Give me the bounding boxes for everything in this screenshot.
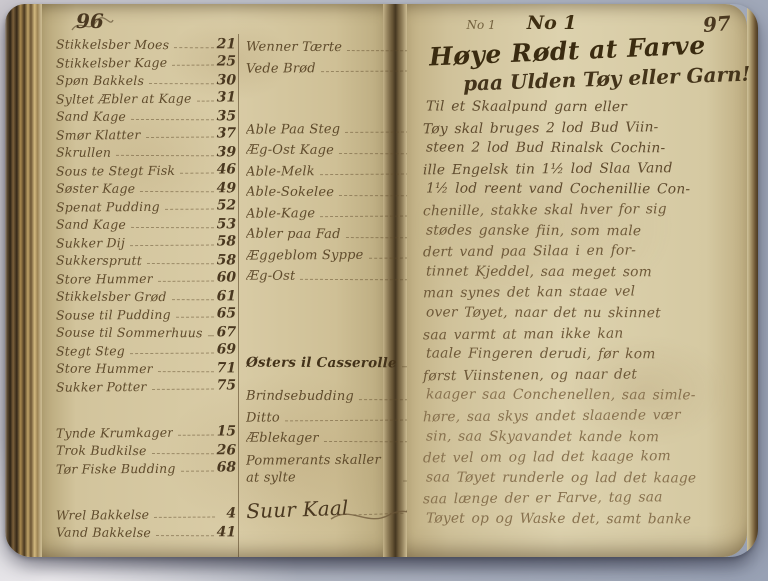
recipe-name: Store Hummer (56, 271, 153, 287)
leader-line (208, 335, 214, 336)
leader-line (116, 155, 213, 156)
manuscript-line: saa varmt at man ikke kan (422, 322, 729, 345)
leader-line (251, 112, 409, 113)
index-row: Able-Melk 3 (246, 157, 430, 179)
index-row (56, 476, 236, 505)
leader-line (146, 137, 214, 138)
manuscript-line: ille Engelsk tin 1½ lod Slaa Vand (422, 157, 729, 180)
recipe-name: Souse til Pudding (56, 307, 171, 323)
index-row: Wenner Tærte 54 (246, 34, 430, 56)
index-row: Tynde Krumkager 15 (56, 421, 236, 440)
recipe-name: Stegt Steg (56, 343, 125, 358)
recipe-name: Stikkelsber Grød (56, 289, 167, 304)
recipe-name: Søster Kage (56, 181, 135, 196)
recipe-name: Brindsebudding (246, 389, 354, 404)
recipe-page-number: 49 (217, 180, 237, 196)
recipe-page-number: 61 (217, 288, 237, 304)
recipe-name: Sukkersprutt (56, 253, 142, 268)
index-row (246, 76, 430, 117)
index-row: Ditto 79 (246, 403, 430, 425)
index-row: Æblekager 79 (246, 425, 430, 447)
recipe-page-number: 37 (217, 125, 237, 141)
recipe-name: Æblekager (246, 431, 319, 446)
index-row: Wrel Bakkelse 4 (56, 503, 236, 522)
recipe-name: Æg-Ost (246, 269, 296, 284)
recipe-page-number: 30 (217, 72, 237, 88)
leader-line (131, 227, 214, 228)
recipe-name: Vand Bakkelse (56, 525, 151, 540)
index-row: Sand Kage 53 (56, 214, 236, 233)
leader-line (149, 83, 214, 84)
index-row: Æg-Ost Kage 2 (246, 137, 430, 159)
manuscript-line: det vel om og lad det kaage kom (422, 446, 729, 469)
leader-line (321, 71, 408, 73)
manuscript-line: først Viinstenen, og naar det (422, 363, 729, 386)
manuscript-line: steen 2 lod Bud Rinalsk Cochin- (425, 138, 729, 160)
leader-line (324, 441, 408, 442)
recipe-page-number: 21 (217, 36, 237, 52)
leader-line (181, 471, 214, 472)
leader-line (152, 389, 214, 390)
recipe-page-number: 58 (217, 233, 237, 249)
leader-line (176, 317, 214, 318)
recipe-page-number: 35 (217, 108, 237, 124)
recipe-page-number: 31 (217, 89, 237, 105)
leader-line (165, 209, 214, 210)
recipe-name: Pommerants skaller at sylte (246, 452, 399, 487)
index-row (56, 394, 236, 423)
recipe-page-number: 58 (217, 252, 237, 268)
stacked-page-edges-right (747, 4, 758, 557)
index-row: Tør Fiske Budding 68 (56, 457, 236, 476)
leader-line (369, 258, 408, 259)
recipe-name: Spøn Bakkels (56, 73, 144, 88)
recipe-name: Vede Brød (246, 61, 316, 76)
index-row: Sous te Stegt Fisk 46 (56, 159, 236, 178)
leader-line (172, 299, 214, 300)
photo-backdrop: 96 Stikkelsber Moes 21 Stikkelsber (0, 0, 768, 581)
manuscript-line: kaager saa Conchenellen, saa simle- (425, 385, 729, 407)
leader-line (130, 245, 214, 247)
recipe-body: Til et Skaalpund garn eller Tøy skal bru… (423, 97, 730, 529)
leader-line (197, 101, 214, 102)
manuscript-line: chenille, stakke skal hver for sig (422, 199, 729, 222)
index-columns: Stikkelsber Moes 21 Stikkelsber Kage 25 (42, 4, 383, 557)
recipe-name: Sukker Dij (56, 235, 125, 250)
recipe-name: Stikkelsber Kage (56, 55, 167, 71)
recipe-name: Souse til Sommerhuus (56, 325, 203, 341)
recipe-name: Æggeblom Syppe (246, 248, 364, 264)
recipe-page-number: 68 (217, 459, 237, 475)
index-row: Vede Brød 62 (246, 54, 430, 76)
recipe-name: Able-Kage (246, 206, 315, 221)
index-column-left: Stikkelsber Moes 21 Stikkelsber Kage 25 (42, 34, 238, 557)
leader-line (345, 132, 409, 133)
recipe-name: Wenner Tærte (246, 40, 342, 55)
index-row: Stikkelsber Moes 21 (56, 34, 236, 53)
index-row: Sukker Dij 58 (56, 231, 236, 250)
recipe-page-number: 60 (217, 269, 237, 285)
leader-line (339, 153, 409, 154)
index-row: Brindsebudding 73 (246, 383, 430, 405)
manuscript-book: 96 Stikkelsber Moes 21 Stikkelsber (5, 4, 758, 557)
index-row: Sukker Potter 75 (56, 375, 236, 394)
recipe-page-number: 46 (217, 161, 237, 177)
index-row: Skrullen 39 (56, 142, 236, 161)
recipe-name: Stikkelsber Moes (56, 37, 169, 52)
index-row: Abler paa Fad 34 (246, 221, 430, 243)
manuscript-line: Til et Skaalpund garn eller (425, 96, 729, 118)
leader-line (251, 346, 409, 347)
recipe-name: Sand Kage (56, 217, 126, 232)
recipe-page-number: 52 (217, 197, 237, 213)
index-row: Søster Kage 49 (56, 178, 236, 197)
recipe-name: Abler paa Fad (246, 227, 341, 242)
leader-line (147, 263, 214, 264)
leader-line (359, 399, 408, 400)
manuscript-line: 1½ lod reent vand Cochenillie Con- (425, 179, 729, 201)
index-row: Able-Kage 26 (246, 199, 430, 221)
leader-line (152, 453, 214, 454)
index-row: Store Hummer 71 (56, 358, 236, 377)
manuscript-line: saa længe der er Farve, tag saa (422, 487, 729, 510)
leader-line (320, 174, 410, 176)
leader-line (131, 119, 214, 120)
index-row: Pommerants skaller at sylte 80 (246, 445, 431, 486)
leader-line (140, 191, 213, 192)
recipe-name: Ditto (246, 410, 280, 425)
recipe-page-number: 25 (217, 53, 237, 69)
manuscript-line: sin, saa Skyavandet kande kom (425, 426, 729, 448)
stacked-page-edges-left (5, 4, 42, 557)
recipe-page-number: 41 (217, 524, 237, 540)
index-row: Smør Klatter 37 (56, 123, 236, 142)
manuscript-line: høre, saa skys andet slaaende vær (422, 405, 729, 428)
index-row (246, 370, 430, 383)
leader-line (174, 47, 213, 48)
leader-line (251, 379, 409, 380)
leader-line (339, 195, 409, 196)
index-row: Able-Sokelee 8 (246, 179, 430, 201)
leader-line (180, 173, 213, 174)
recipe-name: Sukker Potter (56, 379, 147, 395)
right-page: 97 No 1 No 1 Høye Rødt at Farve paa Ulde… (407, 4, 748, 557)
index-row: Æggeblom Syppe 68 (246, 241, 430, 263)
index-row: Able Paa Steg 1 (246, 115, 430, 137)
recipe-page-number: 69 (217, 341, 237, 357)
recipe-name: Sand Kage (56, 109, 126, 124)
leader-line (156, 535, 214, 536)
index-row: Stegt Steg 69 (56, 339, 236, 358)
recipe-name: Spenat Pudding (56, 199, 160, 215)
index-row: Syltet Æbler at Kage 31 (56, 87, 236, 106)
recipe-page-number: 4 (218, 505, 236, 521)
index-row: Sukkersprutt 58 (56, 250, 236, 269)
leader-line (347, 50, 408, 51)
recipe-name: Trok Budkilse (56, 443, 147, 458)
manuscript-line: man synes det kan staae vel (422, 281, 729, 304)
index-row: Sand Kage 35 (56, 106, 236, 125)
recipe-page-number: 53 (217, 216, 237, 232)
recipe-name: Able-Melk (246, 164, 315, 179)
recipe-page-number: 39 (217, 144, 237, 160)
manuscript-line: Tøyet op og Waske det, samt banke (425, 508, 729, 530)
recipe-page-number: 15 (217, 423, 237, 439)
leader-line (285, 420, 408, 422)
recipe-number-small: No 1 (467, 18, 496, 32)
index-row: Stikkelsber Kage 25 (56, 51, 236, 70)
recipe-name: Wrel Bakkelse (56, 507, 149, 523)
recipe-page-number: 26 (217, 442, 237, 458)
leader-line (172, 65, 213, 66)
recipe-name: Tynde Krumkager (56, 425, 174, 441)
leader-line (158, 281, 214, 282)
recipe-name: Syltet Æbler at Kage (56, 91, 192, 107)
leader-line (346, 237, 408, 238)
recipe-page-number: 67 (217, 324, 237, 340)
recipe-page-number: 65 (217, 305, 237, 321)
recipe-name: Skrullen (56, 145, 111, 160)
leader-line (61, 500, 215, 501)
leader-line (130, 353, 214, 355)
recipe-number-large: No 1 (527, 12, 577, 34)
recipe-name: Sous te Stegt Fisk (56, 163, 175, 179)
recipe-name: Æg-Ost Kage (246, 143, 334, 158)
leader-line (158, 371, 214, 372)
index-row: Souse til Pudding 65 (56, 303, 236, 322)
manuscript-line: tinnet Kjeddel, saa meget som (425, 261, 729, 283)
recipe-name: Able-Sokelee (246, 185, 334, 200)
manuscript-line: Tøy skal bruges 2 lod Bud Viin- (422, 116, 729, 139)
index-row: Spenat Pudding 52 (56, 195, 236, 214)
recipe-name: Østers il Casserolle (246, 355, 397, 372)
manuscript-line: taale Fingeren derudi, før kom (425, 344, 729, 366)
index-row: Souse til Sommerhuus 67 (56, 322, 236, 341)
leader-line (320, 216, 408, 218)
leader-line (61, 418, 215, 419)
manuscript-line: dert vand paa Silaa i en for- (422, 240, 729, 263)
manuscript-line: saa Tøyet runderle og lad det kaage (425, 467, 729, 489)
index-row: Store Hummer 60 (56, 267, 236, 286)
left-page: 96 Stikkelsber Moes 21 Stikkelsber (42, 4, 383, 557)
recipe-name: Smør Klatter (56, 127, 141, 143)
manuscript-line: over Tøyet, naar det nu skinnet (425, 302, 729, 324)
leader-line (301, 279, 408, 280)
index-row: Æg-Ost 74 (246, 263, 430, 285)
index-row: Spøn Bakkels 30 (56, 70, 236, 89)
recipe-name: Store Hummer (56, 361, 153, 376)
index-row: Vand Bakkelse 41 (56, 522, 236, 541)
leader-line (154, 517, 215, 518)
index-row (246, 283, 431, 350)
recipe-page-number: 71 (217, 360, 237, 376)
recipe-name: Tør Fiske Budding (56, 461, 176, 477)
index-row: Trok Budkilse 26 (56, 440, 236, 459)
manuscript-line: stødes ganske fiin, som male (425, 220, 729, 242)
index-row: Østers il Casserolle 45 (246, 350, 430, 372)
recipe-page-number: 75 (217, 377, 237, 393)
leader-line (178, 435, 213, 436)
index-row: Stikkelsber Grød 61 (56, 286, 236, 305)
recipe-name: Able Paa Steg (246, 122, 340, 138)
